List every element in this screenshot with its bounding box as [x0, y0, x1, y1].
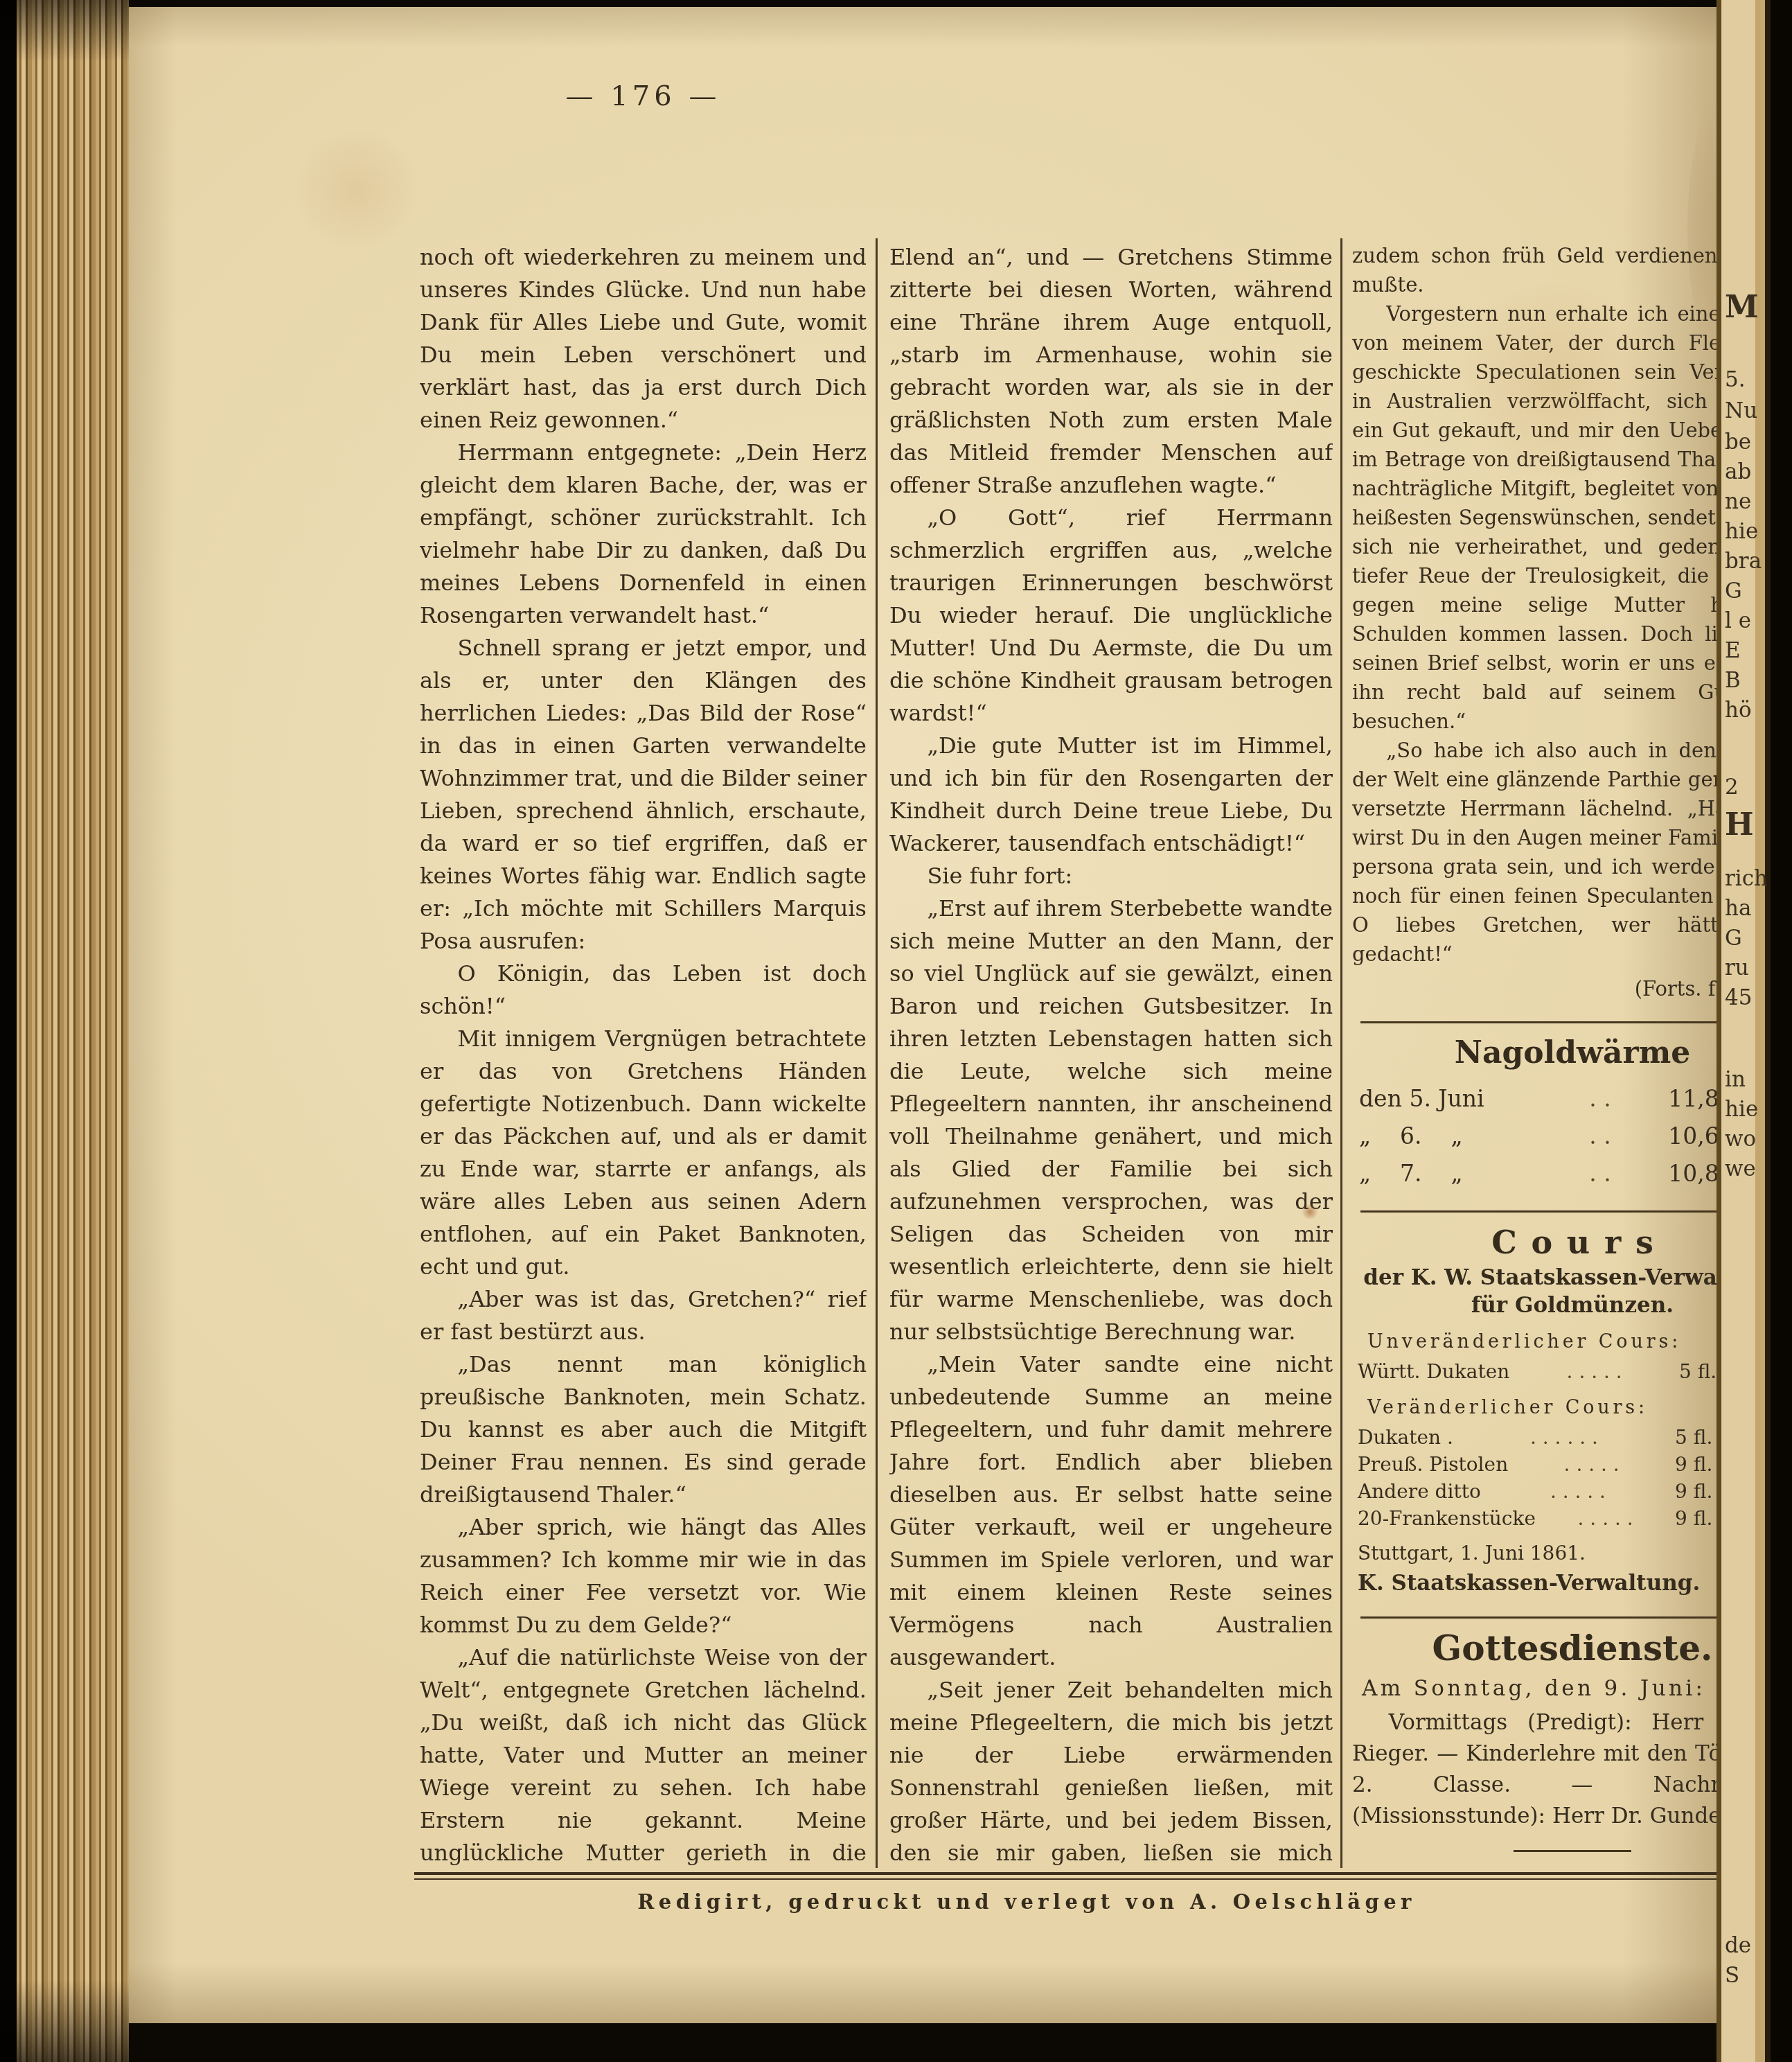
end-rule: [1514, 1850, 1631, 1852]
page-edge-text-fragment: de: [1725, 1933, 1751, 1958]
paragraph: Mit innigem Vergnügen betrachtete er das…: [420, 1023, 867, 1283]
paragraph: „Das nennt man königlich preußische Bank…: [420, 1348, 867, 1511]
page-edge-text-fragment: l e: [1725, 608, 1751, 633]
page-number: — 176 —: [420, 80, 867, 112]
paragraph: Elend an“, und — Gretchens Stimme zitter…: [889, 241, 1333, 502]
dot-leader: . .: [1532, 1118, 1668, 1155]
dot-leader: . . . . .: [1509, 1358, 1679, 1385]
paragraph: „Mein Vater sandte eine nicht unbedeuten…: [889, 1348, 1333, 1674]
paragraph: „Auf die natürlichste Weise von der Welt…: [420, 1641, 867, 1865]
dot-leader: . . . . .: [1536, 1505, 1675, 1532]
adjacent-page-edge: M5.NubeabnehiebraGl eEBhö2HrichhaGru45in…: [1716, 0, 1771, 2062]
column-divider-rule: [876, 238, 878, 1868]
paragraph: „O Gott“, rief Herrmann schmerzlich ergr…: [889, 502, 1333, 730]
text-column-1: noch oft wiederkehren zu meinem und unse…: [420, 241, 867, 1865]
imprint-divider-rule: [414, 1872, 1792, 1880]
column-divider-rule: [1340, 238, 1342, 1868]
page-edge-text-fragment: S: [1725, 1963, 1739, 1988]
page-edge-text-fragment: G: [1725, 579, 1742, 603]
page-edge-text-fragment: hö: [1725, 698, 1752, 723]
page-edge-text-fragment: Nu: [1725, 398, 1757, 423]
page-edge-text-fragment: hie: [1725, 519, 1758, 544]
dot-leader: . . . . .: [1508, 1451, 1675, 1478]
imprint-line: Redigirt, gedruckt und verlegt von A. Oe…: [337, 1890, 1716, 1914]
page-edge-text-fragment: we: [1725, 1156, 1756, 1181]
paragraph: Sie fuhr fort:: [889, 860, 1333, 892]
text-column-2: Elend an“, und — Gretchens Stimme zitter…: [889, 241, 1333, 1865]
dot-leader: . . . . .: [1481, 1478, 1675, 1505]
page-edge-text-fragment: E: [1725, 638, 1741, 663]
dot-leader: . . . . . .: [1453, 1424, 1675, 1451]
page-edge-text-fragment: ru: [1725, 955, 1749, 980]
dot-leader: . .: [1532, 1155, 1668, 1192]
page-edge-text-fragment: 2: [1725, 775, 1739, 800]
dot-leader: . .: [1532, 1080, 1668, 1118]
paragraph: noch oft wiederkehren zu meinem und unse…: [420, 241, 867, 437]
paragraph: „Aber sprich, wie hängt das Alles zusamm…: [420, 1511, 867, 1641]
page-edge-text-fragment: ha: [1725, 896, 1751, 921]
page-edge-text-fragment: rich: [1725, 866, 1768, 891]
paragraph: Schnell sprang er jetzt empor, und als e…: [420, 632, 867, 958]
date-label: den 5. Juni: [1359, 1080, 1532, 1118]
page-edge-text-fragment: H: [1725, 807, 1754, 843]
page-edge-text-fragment: 45: [1725, 985, 1752, 1010]
page-edge-text-fragment: in: [1725, 1067, 1746, 1092]
page-edge-text-fragment: be: [1725, 430, 1751, 455]
paragraph: O Königin, das Leben ist doch schön!“: [420, 958, 867, 1023]
paragraph: „Seit jener Zeit behandelten mich meine …: [889, 1674, 1333, 1865]
newspaper-page: — 176 — noch oft wiederkehren zu meinem …: [129, 7, 1716, 2023]
date-label: „ 6. „: [1359, 1118, 1532, 1155]
paragraph: „Erst auf ihrem Sterbebette wandte sich …: [889, 892, 1333, 1348]
paragraph: „Die gute Mutter ist im Himmel, und ich …: [889, 730, 1333, 860]
coin-label: Dukaten .: [1358, 1424, 1453, 1451]
coin-label: Andere ditto: [1358, 1478, 1481, 1505]
page-edge-text-fragment: 5.: [1725, 367, 1746, 392]
page-edge-text-fragment: wo: [1725, 1127, 1756, 1152]
page-edge-text-fragment: B: [1725, 668, 1741, 693]
paragraph: „Aber was ist das, Gretchen?“ rief er fa…: [420, 1283, 867, 1348]
paragraph: Herrmann entgegnete: „Dein Herz gleicht …: [420, 437, 867, 632]
date-label: „ 7. „: [1359, 1155, 1532, 1192]
book-page-stack-edge: [0, 0, 129, 2062]
coin-label: Preuß. Pistolen: [1358, 1451, 1508, 1478]
book-edge-shadow: [1771, 0, 1792, 2062]
page-edge-text-fragment: G: [1725, 926, 1742, 951]
page-edge-text-fragment: bra: [1725, 549, 1762, 574]
page-edge-text-fragment: ne: [1725, 489, 1751, 514]
book-scan: — 176 — noch oft wiederkehren zu meinem …: [0, 0, 1792, 2062]
page-edge-text-fragment: M: [1725, 290, 1759, 325]
paper-stain: [288, 132, 427, 249]
page-edge-text-fragment: hie: [1725, 1097, 1758, 1122]
coin-label: 20-Frankenstücke: [1358, 1505, 1536, 1532]
page-edge-text-fragment: ab: [1725, 459, 1751, 484]
coin-label: Württ. Dukaten: [1358, 1358, 1509, 1385]
